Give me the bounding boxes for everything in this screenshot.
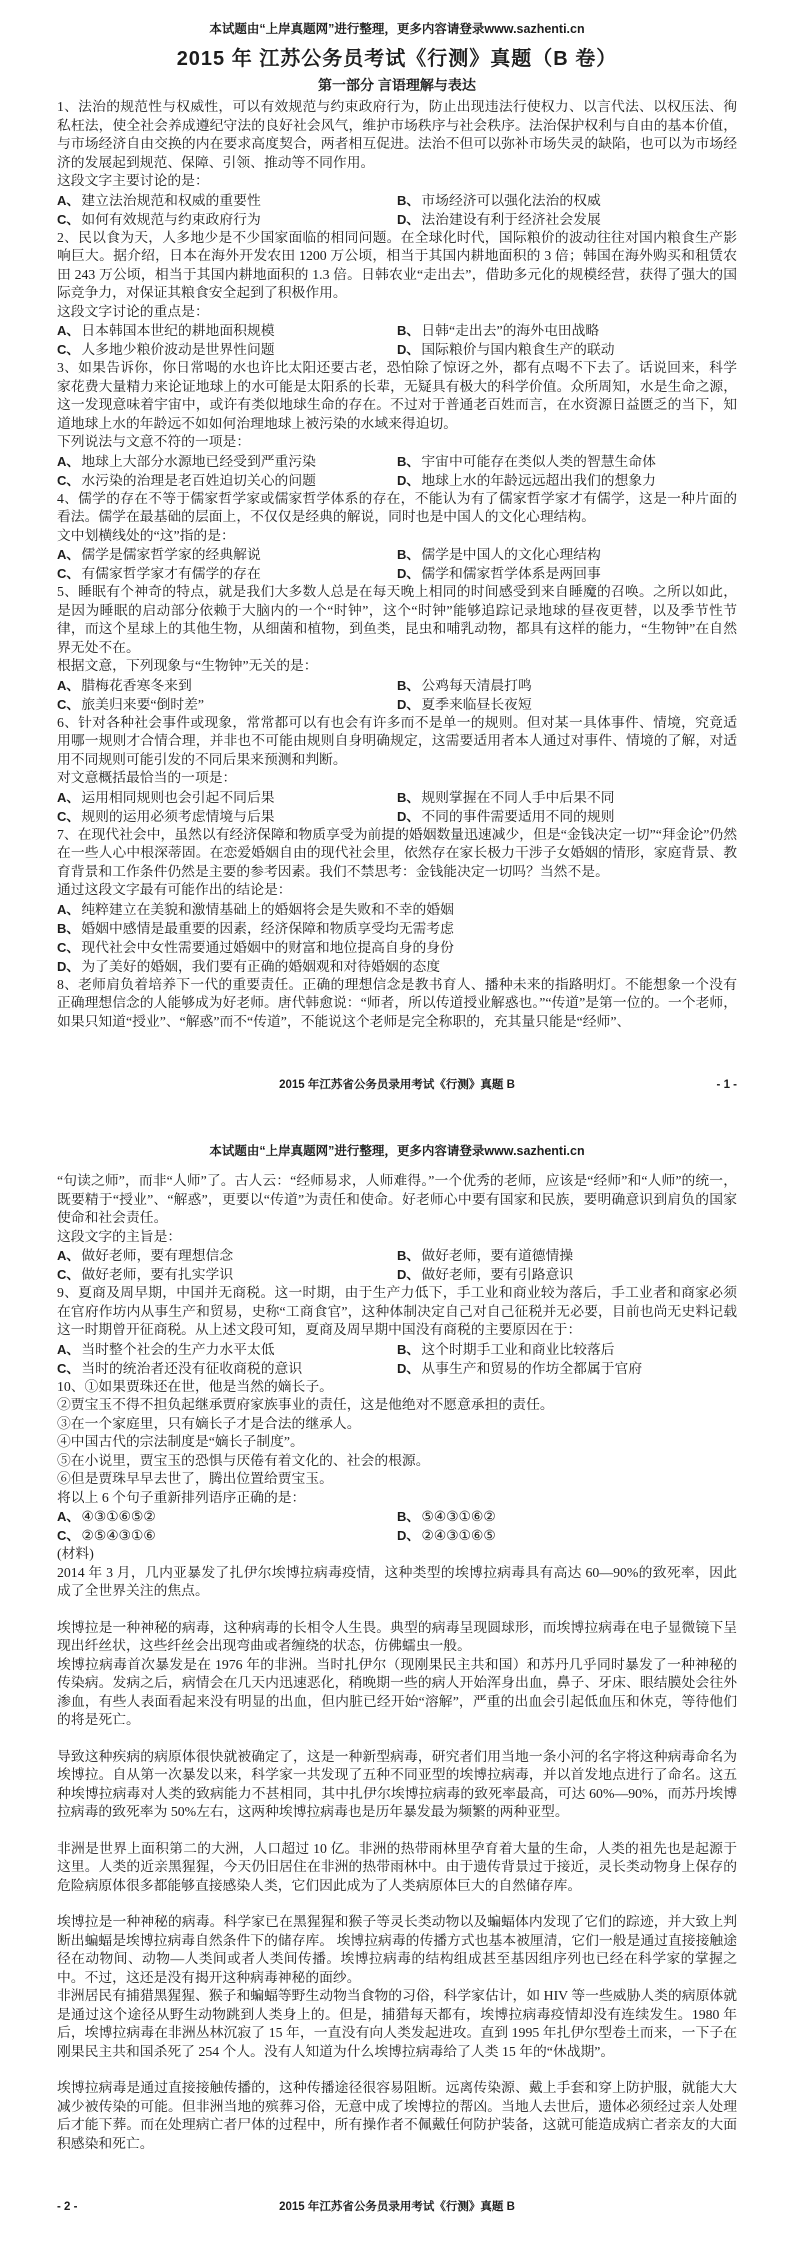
option-label: A、 bbox=[57, 1248, 79, 1263]
material-paragraph-6: 埃博拉是一种神秘的病毒。科学家已在黑猩猩和猴子等灵长类动物以及蝙蝠体内发现了它们… bbox=[57, 1913, 737, 1987]
options-row: A、地球上大部分水源地已经受到严重污染 B、宇宙中可能存在类似人类的智慧生命体 bbox=[57, 452, 737, 471]
option-label: D、 bbox=[397, 1361, 419, 1376]
option-label: B、 bbox=[397, 790, 419, 805]
q10-option-b: B、⑤④③①⑥② bbox=[397, 1507, 737, 1526]
question-prompt: 文中划横线处的“这”指的是： bbox=[57, 527, 737, 546]
q5-option-c: C、旅美归来要“倒时差” bbox=[57, 695, 397, 714]
page-footer: 2015 年江苏省公务员录用考试《行测》真题 B - 1 - bbox=[57, 1078, 737, 1094]
option-label: B、 bbox=[397, 1509, 419, 1524]
sentence-1: 10、①如果贾珠还在世，他是当然的嫡长子。 bbox=[57, 1378, 737, 1397]
option-text: 有儒家哲学家才有儒学的存在 bbox=[81, 566, 260, 581]
q3-option-a: A、地球上大部分水源地已经受到严重污染 bbox=[57, 452, 397, 471]
option-text: ⑤④③①⑥② bbox=[421, 1509, 495, 1524]
options-row: A、做好老师，要有理想信念 B、做好老师，要有道德情操 bbox=[57, 1246, 737, 1265]
question-prompt: 根据文意，下列现象与“生物钟”无关的是： bbox=[57, 657, 737, 676]
question-prompt: 将以上 6 个句子重新排列语序正确的是： bbox=[57, 1489, 737, 1508]
q7-option-a: A、纯粹建立在美貌和激情基础上的婚姻将会是失败和不幸的婚姻 bbox=[57, 900, 737, 919]
option-label: D、 bbox=[397, 473, 419, 488]
option-label: D、 bbox=[397, 1528, 419, 1543]
option-label: A、 bbox=[57, 1509, 79, 1524]
option-text: 现代社会中女性需要通过婚姻中的财富和地位提高自身的身份 bbox=[81, 940, 454, 955]
page-1: 本试题由“上岸真题网”进行整理，更多内容请登录www.sazhenti.cn 2… bbox=[0, 0, 794, 1122]
option-label: B、 bbox=[397, 1248, 419, 1263]
option-text: 公鸡每天清晨打鸣 bbox=[421, 678, 531, 693]
sentence-6: ⑥但是贾珠早早去世了，腾出位置给贾宝玉。 bbox=[57, 1470, 737, 1489]
option-label: A、 bbox=[57, 678, 79, 693]
options-row: A、儒学是儒家哲学家的经典解说 B、儒学是中国人的文化心理结构 bbox=[57, 545, 737, 564]
q10-option-a: A、④③①⑥⑤② bbox=[57, 1507, 397, 1526]
question-stem: 7、在现代社会中，虽然以有经济保障和物质享受为前提的婚姻数量迅速减少，但是“金钱… bbox=[57, 826, 737, 882]
material-paragraph-7: 非洲居民有捕猎黑猩猩、猴子和蝙蝠等野生动物当食物的习俗，科学家估计，如 HIV … bbox=[57, 1987, 737, 2061]
options-row: C、旅美归来要“倒时差” D、夏季来临昼长夜短 bbox=[57, 695, 737, 714]
q8-option-c: C、做好老师，要有扎实学识 bbox=[57, 1265, 397, 1284]
option-label: A、 bbox=[57, 547, 79, 562]
q2-option-b: B、日韩“走出去”的海外屯田战略 bbox=[397, 321, 737, 340]
q9-option-c: C、当时的统治者还没有征收商税的意识 bbox=[57, 1359, 397, 1378]
option-text: 做好老师，要有道德情操 bbox=[421, 1248, 573, 1263]
sentence-5: ⑤在小说里，贾宝玉的恐惧与厌倦有着文化的、社会的根源。 bbox=[57, 1452, 737, 1471]
option-text: 不同的事件需要适用不同的规则 bbox=[421, 809, 614, 824]
option-label: C、 bbox=[57, 473, 79, 488]
option-label: B、 bbox=[397, 193, 419, 208]
option-text: 纯粹建立在美貌和激情基础上的婚姻将会是失败和不幸的婚姻 bbox=[81, 902, 454, 917]
q10-option-c: C、②⑤④③①⑥ bbox=[57, 1526, 397, 1545]
q6-option-c: C、规则的运用必须考虑情境与后果 bbox=[57, 807, 397, 826]
options-row: C、做好老师，要有扎实学识 D、做好老师，要有引路意识 bbox=[57, 1265, 737, 1284]
option-label: A、 bbox=[57, 454, 79, 469]
option-label: A、 bbox=[57, 1342, 79, 1357]
option-label: B、 bbox=[397, 454, 419, 469]
question-3: 3、如果告诉你，你日常喝的水也许比太阳还要古老，恐怕除了惊讶之外，都有点喝不下去… bbox=[57, 359, 737, 490]
q4-option-c: C、有儒家哲学家才有儒学的存在 bbox=[57, 564, 397, 583]
q8-option-b: B、做好老师，要有道德情操 bbox=[397, 1246, 737, 1265]
option-label: D、 bbox=[397, 1267, 419, 1282]
q4-option-d: D、儒学和儒家哲学体系是两回事 bbox=[397, 564, 737, 583]
option-text: 当时的统治者还没有征收商税的意识 bbox=[81, 1361, 302, 1376]
option-label: D、 bbox=[397, 697, 419, 712]
question-prompt: 通过这段文字最有可能作出的结论是： bbox=[57, 881, 737, 900]
option-label: D、 bbox=[397, 809, 419, 824]
sentence-4: ④中国古代的宗法制度是“嫡长子制度”。 bbox=[57, 1433, 737, 1452]
options-row: A、腊梅花香寒冬来到 B、公鸡每天清晨打鸣 bbox=[57, 676, 737, 695]
option-text: 国际粮价与国内粮食生产的联动 bbox=[421, 342, 614, 357]
option-label: C、 bbox=[57, 1267, 79, 1282]
options-row: C、现代社会中女性需要通过婚姻中的财富和地位提高自身的身份 bbox=[57, 938, 737, 957]
question-stem: “句读之师”，而非“人师”了。古人云：“经师易求，人师难得。”一个优秀的老师，应… bbox=[57, 1172, 737, 1228]
option-label: C、 bbox=[57, 940, 79, 955]
options-row: A、纯粹建立在美貌和激情基础上的婚姻将会是失败和不幸的婚姻 bbox=[57, 900, 737, 919]
option-text: 日韩“走出去”的海外屯田战略 bbox=[421, 323, 599, 338]
option-label: B、 bbox=[397, 547, 419, 562]
page-footer: 2015 年江苏省公务员录用考试《行测》真题 B - 2 - bbox=[57, 2200, 737, 2216]
option-text: ②⑤④③①⑥ bbox=[81, 1528, 155, 1543]
question-stem: 8、老师肩负着培养下一代的重要责任。正确的理想信念是教书育人、播种未来的指路明灯… bbox=[57, 976, 737, 1032]
option-label: A、 bbox=[57, 193, 79, 208]
option-text: ④③①⑥⑤② bbox=[81, 1509, 155, 1524]
q1-option-c: C、如何有效规范与约束政府行为 bbox=[57, 210, 397, 229]
q6-option-a: A、运用相同规则也会引起不同后果 bbox=[57, 788, 397, 807]
question-stem: 6、针对各种社会事件或现象，常常都可以有也会有许多而不是单一的规则。但对某一具体… bbox=[57, 714, 737, 770]
option-text: 人多地少粮价波动是世界性问题 bbox=[81, 342, 274, 357]
question-stem: 9、夏商及周早期，中国并无商税。这一时期，由于生产力低下，手工业和商业较为落后，… bbox=[57, 1284, 737, 1340]
q2-option-c: C、人多地少粮价波动是世界性问题 bbox=[57, 340, 397, 359]
q7-option-b: B、婚姻中感情是最重要的因素，经济保障和物质享受均无需考虑 bbox=[57, 919, 737, 938]
option-label: C、 bbox=[57, 566, 79, 581]
options-row: C、有儒家哲学家才有儒学的存在 D、儒学和儒家哲学体系是两回事 bbox=[57, 564, 737, 583]
site-notice: 本试题由“上岸真题网”进行整理，更多内容请登录www.sazhenti.cn bbox=[57, 22, 737, 37]
material-paragraph-8: 埃博拉病毒是通过直接接触传播的，这种传播途径很容易阻断。远离传染源、戴上手套和穿… bbox=[57, 2079, 737, 2153]
option-label: C、 bbox=[57, 809, 79, 824]
option-label: A、 bbox=[57, 790, 79, 805]
question-1: 1、法治的规范性与权威性，可以有效规范与约束政府行为，防止出现违法行使权力、以言… bbox=[57, 98, 737, 229]
question-7: 7、在现代社会中，虽然以有经济保障和物质享受为前提的婚姻数量迅速减少，但是“金钱… bbox=[57, 826, 737, 976]
q4-option-a: A、儒学是儒家哲学家的经典解说 bbox=[57, 545, 397, 564]
q5-option-d: D、夏季来临昼长夜短 bbox=[397, 695, 737, 714]
q3-option-c: C、水污染的治理是老百姓迫切关心的问题 bbox=[57, 471, 397, 490]
page-number: - 1 - bbox=[717, 1078, 737, 1093]
option-label: D、 bbox=[57, 959, 79, 974]
option-text: 规则掌握在不同人手中后果不同 bbox=[421, 790, 614, 805]
question-stem: 4、儒学的存在不等于儒家哲学家或儒家哲学体系的存在，不能认为有了儒家哲学家才有儒… bbox=[57, 490, 737, 527]
page-number: - 2 - bbox=[57, 2200, 77, 2215]
options-row: C、水污染的治理是老百姓迫切关心的问题 D、地球上水的年龄远远超出我们的想象力 bbox=[57, 471, 737, 490]
question-5: 5、睡眠有个神奇的特点，就是我们大多数人总是在每天晚上相同的时间感受到来自睡魔的… bbox=[57, 583, 737, 714]
page-2: 本试题由“上岸真题网”进行整理，更多内容请登录www.sazhenti.cn “… bbox=[0, 1122, 794, 2244]
option-text: 旅美归来要“倒时差” bbox=[81, 697, 204, 712]
material-heading: (材料) bbox=[57, 1545, 737, 1564]
options-row: A、当时整个社会的生产力水平太低 B、这个时期手工业和商业比较落后 bbox=[57, 1340, 737, 1359]
page-2-body: “句读之师”，而非“人师”了。古人云：“经师易求，人师难得。”一个优秀的老师，应… bbox=[57, 1172, 737, 2153]
option-text: 做好老师，要有引路意识 bbox=[421, 1267, 573, 1282]
option-text: 这个时期手工业和商业比较落后 bbox=[421, 1342, 614, 1357]
options-row: B、婚姻中感情是最重要的因素，经济保障和物质享受均无需考虑 bbox=[57, 919, 737, 938]
q7-option-c: C、现代社会中女性需要通过婚姻中的财富和地位提高自身的身份 bbox=[57, 938, 737, 957]
question-8-part1: 8、老师肩负着培养下一代的重要责任。正确的理想信念是教书育人、播种未来的指路明灯… bbox=[57, 976, 737, 1032]
option-text: 水污染的治理是老百姓迫切关心的问题 bbox=[81, 473, 316, 488]
question-stem: 5、睡眠有个神奇的特点，就是我们大多数人总是在每天晚上相同的时间感受到来自睡魔的… bbox=[57, 583, 737, 657]
q10-option-d: D、②④③①⑥⑤ bbox=[397, 1526, 737, 1545]
question-stem: 3、如果告诉你，你日常喝的水也许比太阳还要古老，恐怕除了惊讶之外，都有点喝不下去… bbox=[57, 359, 737, 433]
q9-option-d: D、从事生产和贸易的作坊全都属于官府 bbox=[397, 1359, 737, 1378]
option-label: B、 bbox=[397, 678, 419, 693]
option-label: C、 bbox=[57, 697, 79, 712]
doc-title: 2015 年 江苏公务员考试《行测》真题（B 卷） bbox=[57, 46, 737, 72]
q7-option-d: D、为了美好的婚姻，我们要有正确的婚姻观和对待婚姻的态度 bbox=[57, 957, 737, 976]
options-row: C、②⑤④③①⑥ D、②④③①⑥⑤ bbox=[57, 1526, 737, 1545]
sentence-3: ③在一个家庭里，只有嫡长子才是合法的继承人。 bbox=[57, 1415, 737, 1434]
q9-option-b: B、这个时期手工业和商业比较落后 bbox=[397, 1340, 737, 1359]
q3-option-d: D、地球上水的年龄远远超出我们的想象力 bbox=[397, 471, 737, 490]
option-text: 建立法治规范和权威的重要性 bbox=[81, 193, 260, 208]
q4-option-b: B、儒学是中国人的文化心理结构 bbox=[397, 545, 737, 564]
question-stem: 2、民以食为天，人多地少是不少国家面临的相同问题。在全球化时代，国际粮价的波动往… bbox=[57, 229, 737, 303]
sentence-2: ②贾宝玉不得不担负起继承贾府家族事业的责任，这是他绝对不愿意承担的责任。 bbox=[57, 1396, 737, 1415]
q8-option-d: D、做好老师，要有引路意识 bbox=[397, 1265, 737, 1284]
q2-option-a: A、日本韩国本世纪的耕地面积规模 bbox=[57, 321, 397, 340]
option-label: B、 bbox=[397, 323, 419, 338]
option-text: 夏季来临昼长夜短 bbox=[421, 697, 531, 712]
material-paragraph-3: 埃博拉病毒首次暴发是在 1976 年的非洲。当时扎伊尔（现刚果民主共和国）和苏丹… bbox=[57, 1656, 737, 1730]
question-4: 4、儒学的存在不等于儒家哲学家或儒家哲学体系的存在，不能认为有了儒家哲学家才有儒… bbox=[57, 490, 737, 584]
option-text: 儒学和儒家哲学体系是两回事 bbox=[421, 566, 600, 581]
option-text: 法治建设有利于经济社会发展 bbox=[421, 212, 600, 227]
section-heading: 第一部分 言语理解与表达 bbox=[57, 76, 737, 94]
option-text: 儒学是儒家哲学家的经典解说 bbox=[81, 547, 260, 562]
option-text: 规则的运用必须考虑情境与后果 bbox=[81, 809, 274, 824]
q8-option-a: A、做好老师，要有理想信念 bbox=[57, 1246, 397, 1265]
options-row: C、规则的运用必须考虑情境与后果 D、不同的事件需要适用不同的规则 bbox=[57, 807, 737, 826]
material-paragraph-4: 导致这种疾病的病原体很快就被确定了，这是一种新型病毒，研究者们用当地一条小河的名… bbox=[57, 1748, 737, 1822]
option-label: D、 bbox=[397, 212, 419, 227]
footer-title: 2015 年江苏省公务员录用考试《行测》真题 B bbox=[279, 1079, 515, 1091]
option-label: B、 bbox=[397, 1342, 419, 1357]
q1-option-d: D、法治建设有利于经济社会发展 bbox=[397, 210, 737, 229]
question-2: 2、民以食为天，人多地少是不少国家面临的相同问题。在全球化时代，国际粮价的波动往… bbox=[57, 229, 737, 360]
option-label: A、 bbox=[57, 902, 79, 917]
question-9: 9、夏商及周早期，中国并无商税。这一时期，由于生产力低下，手工业和商业较为落后，… bbox=[57, 1284, 737, 1378]
options-row: A、④③①⑥⑤② B、⑤④③①⑥② bbox=[57, 1507, 737, 1526]
options-row: C、当时的统治者还没有征收商税的意识 D、从事生产和贸易的作坊全都属于官府 bbox=[57, 1359, 737, 1378]
options-row: C、如何有效规范与约束政府行为 D、法治建设有利于经济社会发展 bbox=[57, 210, 737, 229]
material-paragraph-1: 2014 年 3 月，几内亚暴发了扎伊尔埃博拉病毒疫情，这种类型的埃博拉病毒具有… bbox=[57, 1564, 737, 1601]
option-text: 市场经济可以强化法治的权威 bbox=[421, 193, 600, 208]
option-label: D、 bbox=[397, 342, 419, 357]
options-row: C、人多地少粮价波动是世界性问题 D、国际粮价与国内粮食生产的联动 bbox=[57, 340, 737, 359]
option-label: C、 bbox=[57, 342, 79, 357]
option-text: 腊梅花香寒冬来到 bbox=[81, 678, 191, 693]
option-text: 从事生产和贸易的作坊全都属于官府 bbox=[421, 1361, 642, 1376]
question-stem: 1、法治的规范性与权威性，可以有效规范与约束政府行为，防止出现违法行使权力、以言… bbox=[57, 98, 737, 172]
question-prompt: 对文意概括最恰当的一项是： bbox=[57, 769, 737, 788]
question-prompt: 下列说法与文意不符的一项是： bbox=[57, 433, 737, 452]
option-label: C、 bbox=[57, 1528, 79, 1543]
q6-option-d: D、不同的事件需要适用不同的规则 bbox=[397, 807, 737, 826]
q3-option-b: B、宇宙中可能存在类似人类的智慧生命体 bbox=[397, 452, 737, 471]
option-label: A、 bbox=[57, 323, 79, 338]
option-text: 宇宙中可能存在类似人类的智慧生命体 bbox=[421, 454, 656, 469]
q6-option-b: B、规则掌握在不同人手中后果不同 bbox=[397, 788, 737, 807]
question-prompt: 这段文字讨论的重点是： bbox=[57, 303, 737, 322]
option-text: 婚姻中感情是最重要的因素，经济保障和物质享受均无需考虑 bbox=[81, 921, 454, 936]
options-row: A、建立法治规范和权威的重要性 B、市场经济可以强化法治的权威 bbox=[57, 191, 737, 210]
option-text: 为了美好的婚姻，我们要有正确的婚姻观和对待婚姻的态度 bbox=[81, 959, 440, 974]
q2-option-d: D、国际粮价与国内粮食生产的联动 bbox=[397, 340, 737, 359]
option-text: ②④③①⑥⑤ bbox=[421, 1528, 495, 1543]
options-row: A、运用相同规则也会引起不同后果 B、规则掌握在不同人手中后果不同 bbox=[57, 788, 737, 807]
option-label: B、 bbox=[57, 921, 79, 936]
question-6: 6、针对各种社会事件或现象，常常都可以有也会有许多而不是单一的规则。但对某一具体… bbox=[57, 714, 737, 826]
site-notice: 本试题由“上岸真题网”进行整理，更多内容请登录www.sazhenti.cn bbox=[57, 1144, 737, 1159]
question-10: 10、①如果贾珠还在世，他是当然的嫡长子。 ②贾宝玉不得不担负起继承贾府家族事业… bbox=[57, 1378, 737, 1546]
q5-option-b: B、公鸡每天清晨打鸣 bbox=[397, 676, 737, 695]
option-text: 做好老师，要有理想信念 bbox=[81, 1248, 233, 1263]
option-label: C、 bbox=[57, 1361, 79, 1376]
q5-option-a: A、腊梅花香寒冬来到 bbox=[57, 676, 397, 695]
options-row: A、日本韩国本世纪的耕地面积规模 B、日韩“走出去”的海外屯田战略 bbox=[57, 321, 737, 340]
q9-option-a: A、当时整个社会的生产力水平太低 bbox=[57, 1340, 397, 1359]
option-text: 如何有效规范与约束政府行为 bbox=[81, 212, 260, 227]
question-prompt: 这段文字的主旨是： bbox=[57, 1228, 737, 1247]
option-text: 地球上水的年龄远远超出我们的想象力 bbox=[421, 473, 656, 488]
option-text: 运用相同规则也会引起不同后果 bbox=[81, 790, 274, 805]
question-prompt: 这段文字主要讨论的是： bbox=[57, 172, 737, 191]
option-text: 日本韩国本世纪的耕地面积规模 bbox=[81, 323, 274, 338]
material-paragraph-2: 埃博拉是一种神秘的病毒，这种病毒的长相令人生畏。典型的病毒呈现圆球形，而埃博拉病… bbox=[57, 1619, 737, 1656]
option-label: D、 bbox=[397, 566, 419, 581]
q1-option-a: A、建立法治规范和权威的重要性 bbox=[57, 191, 397, 210]
options-row: D、为了美好的婚姻，我们要有正确的婚姻观和对待婚姻的态度 bbox=[57, 957, 737, 976]
option-text: 儒学是中国人的文化心理结构 bbox=[421, 547, 600, 562]
footer-title: 2015 年江苏省公务员录用考试《行测》真题 B bbox=[279, 2201, 515, 2213]
material-section: (材料) 2014 年 3 月，几内亚暴发了扎伊尔埃博拉病毒疫情，这种类型的埃博… bbox=[57, 1545, 737, 2153]
material-paragraph-5: 非洲是世界上面积第二的大洲，人口超过 10 亿。非洲的热带雨林里孕育着大量的生命… bbox=[57, 1840, 737, 1896]
option-text: 做好老师，要有扎实学识 bbox=[81, 1267, 233, 1282]
question-8-part2: “句读之师”，而非“人师”了。古人云：“经师易求，人师难得。”一个优秀的老师，应… bbox=[57, 1172, 737, 1284]
option-label: C、 bbox=[57, 212, 79, 227]
option-text: 当时整个社会的生产力水平太低 bbox=[81, 1342, 274, 1357]
q1-option-b: B、市场经济可以强化法治的权威 bbox=[397, 191, 737, 210]
option-text: 地球上大部分水源地已经受到严重污染 bbox=[81, 454, 316, 469]
